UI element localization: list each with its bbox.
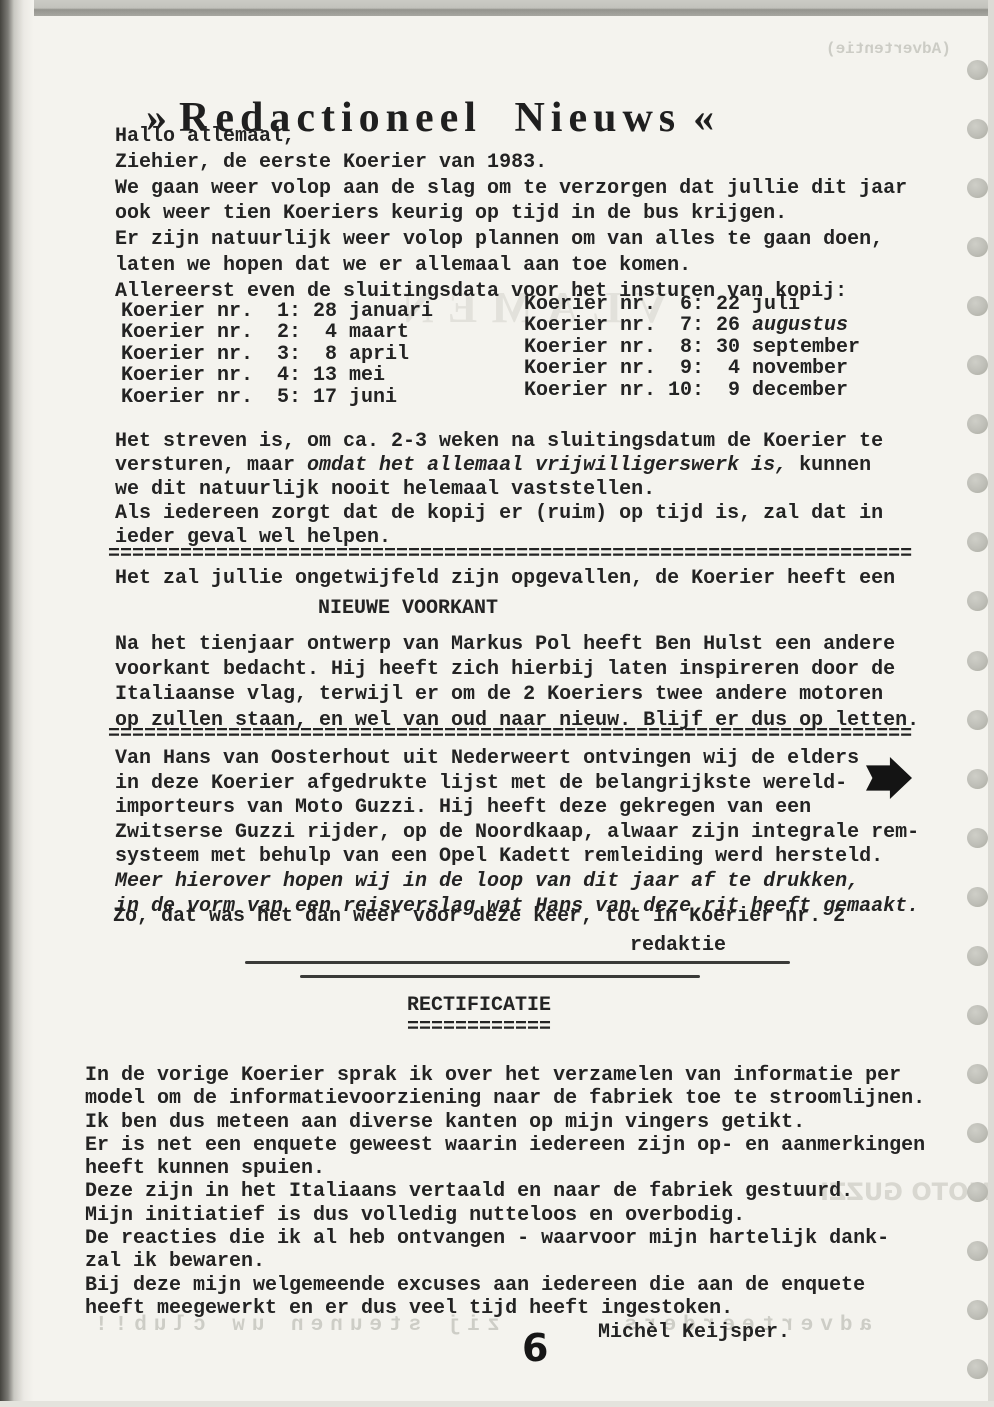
text-line: Mijn initiatief is dus volledig nutteloo… xyxy=(85,1204,925,1227)
text-line: zal ik bewaren. xyxy=(85,1250,925,1273)
punch-hole xyxy=(967,710,988,730)
text-line: Italiaanse vlag, terwijl er om de 2 Koer… xyxy=(115,682,919,707)
punch-hole xyxy=(967,237,988,257)
punch-hole xyxy=(967,178,988,198)
author-signature: Michèl Keijsper. xyxy=(598,1321,790,1344)
front-cover-paragraph: Na het tienjaar ontwerp van Markus Pol h… xyxy=(115,632,919,733)
punch-hole xyxy=(967,1241,988,1261)
text-line: ook weer tien Koeriers keurig op tijd in… xyxy=(115,201,907,227)
rectification-underline: ============ xyxy=(407,1016,551,1039)
horizontal-rule xyxy=(245,961,790,964)
deadline-note-paragraph: Het streven is, om ca. 2-3 weken na slui… xyxy=(115,430,883,550)
punch-hole xyxy=(967,1359,988,1379)
scanned-newsletter-page: (Advertentie) VLAMEN MOTO GUZZI advertee… xyxy=(0,0,994,1407)
text-line: Als iedereen zorgt dat de kopij er (ruim… xyxy=(115,502,883,526)
punch-hole xyxy=(967,1300,988,1320)
punch-hole xyxy=(967,887,988,907)
deadline-schedule-left-column: Koerier nr. 1: 28 januariKoerier nr. 2: … xyxy=(121,301,433,408)
scan-top-edge xyxy=(0,0,994,16)
punch-hole xyxy=(967,1005,988,1025)
text-line: Ik ben dus meteen aan diverse kanten op … xyxy=(85,1111,925,1134)
text-line: Bij deze mijn welgemeende excuses aan ie… xyxy=(85,1274,925,1297)
text-line: systeem met behulp van een Opel Kadett r… xyxy=(115,845,919,870)
closing-line: Zo, dat was het dan weer voor deze keer,… xyxy=(113,905,845,928)
punch-hole xyxy=(967,414,988,434)
text-line: Er zijn natuurlijk weer volop plannen om… xyxy=(115,227,907,253)
front-cover-intro-line: Het zal jullie ongetwijfeld zijn opgeval… xyxy=(115,567,895,590)
equals-divider: ========================================… xyxy=(108,723,912,746)
italic-text-segment: omdat het allemaal vrijwilligerswerk is, xyxy=(307,454,787,477)
punch-hole xyxy=(967,651,988,671)
italic-text-segment: augustus xyxy=(752,314,848,337)
text-line: versturen, maar omdat het allemaal vrijw… xyxy=(115,454,883,478)
importers-paragraph: Van Hans van Oosterhout uit Nederweert o… xyxy=(115,747,919,919)
text-line: Koerier nr. 8: 30 september xyxy=(524,337,860,358)
rectification-heading: RECTIFICATIE xyxy=(407,994,551,1017)
front-cover-heading: NIEUWE VOORKANT xyxy=(318,597,498,620)
redaktie-signoff: redaktie xyxy=(630,934,726,957)
deadline-schedule-right-column: Koerier nr. 6: 22 juliKoerier nr. 7: 26 … xyxy=(524,294,860,401)
punch-hole xyxy=(967,591,988,611)
scan-left-edge xyxy=(0,0,34,1407)
punch-hole xyxy=(967,1182,988,1202)
punch-hole xyxy=(967,473,988,493)
bleedthrough-advertentie: (Advertentie) xyxy=(826,40,951,58)
text-line: heeft meegewerkt en er dus veel tijd hee… xyxy=(85,1297,925,1320)
text-line: Koerier nr. 1: 28 januari xyxy=(121,301,433,322)
punch-hole xyxy=(967,769,988,789)
text-line: Koerier nr. 5: 17 juni xyxy=(121,387,433,408)
punch-hole xyxy=(967,296,988,316)
text-line: De reacties die ik al heb ontvangen - wa… xyxy=(85,1227,925,1250)
text-line: voorkant bedacht. Hij heeft zich hierbij… xyxy=(115,657,919,682)
text-line: Hallo allemaal, xyxy=(115,124,907,150)
text-line: Koerier nr. 10: 9 december xyxy=(524,380,860,401)
text-line: Koerier nr. 2: 4 maart xyxy=(121,322,433,343)
punch-hole xyxy=(967,946,988,966)
text-segment: Koerier nr. 7: 26 xyxy=(524,314,752,337)
punch-hole xyxy=(967,1064,988,1084)
text-segment: kunnen xyxy=(787,454,871,477)
punch-hole xyxy=(967,532,988,552)
text-line: heeft kunnen spuien. xyxy=(85,1157,925,1180)
text-line: Koerier nr. 9: 4 november xyxy=(524,358,860,379)
text-line: Koerier nr. 7: 26 augustus xyxy=(524,315,860,336)
text-line: in deze Koerier afgedrukte lijst met de … xyxy=(115,772,919,797)
text-line: In de vorige Koerier sprak ik over het v… xyxy=(85,1064,925,1087)
text-line: Meer hierover hopen wij in de loop van d… xyxy=(115,870,919,895)
text-line: Het streven is, om ca. 2-3 weken na slui… xyxy=(115,430,883,454)
text-segment: versturen, maar xyxy=(115,454,307,477)
scan-bottom-edge xyxy=(0,1401,994,1407)
text-line: Deze zijn in het Italiaans vertaald en n… xyxy=(85,1180,925,1203)
punch-hole xyxy=(967,1123,988,1143)
text-line: model om de informatievoorziening naar d… xyxy=(85,1087,925,1110)
text-line: Koerier nr. 6: 22 juli xyxy=(524,294,860,315)
text-line: Na het tienjaar ontwerp van Markus Pol h… xyxy=(115,632,919,657)
text-line: Ziehier, de eerste Koerier van 1983. xyxy=(115,150,907,176)
text-line: Er is net een enquete geweest waarin ied… xyxy=(85,1134,925,1157)
italic-text-segment: Meer hierover hopen wij in de loop van d… xyxy=(115,870,859,893)
text-line: we dit natuurlijk nooit helemaal vastste… xyxy=(115,478,883,502)
text-line: laten we hopen dat we er allemaal aan to… xyxy=(115,253,907,279)
intro-paragraph: Hallo allemaal,Ziehier, de eerste Koerie… xyxy=(115,124,907,305)
text-line: We gaan weer volop aan de slag om te ver… xyxy=(115,176,907,202)
rectification-paragraph: In de vorige Koerier sprak ik over het v… xyxy=(85,1064,925,1320)
scan-right-edge xyxy=(988,0,994,1407)
punch-hole xyxy=(967,355,988,375)
horizontal-rule xyxy=(300,975,700,978)
page-number: 6 xyxy=(522,1326,548,1370)
text-line: Van Hans van Oosterhout uit Nederweert o… xyxy=(115,747,919,772)
text-line: importeurs van Moto Guzzi. Hij heeft dez… xyxy=(115,796,919,821)
text-line: Koerier nr. 4: 13 mei xyxy=(121,365,433,386)
punch-hole xyxy=(967,828,988,848)
punch-hole xyxy=(967,119,988,139)
text-line: Koerier nr. 3: 8 april xyxy=(121,344,433,365)
punch-hole xyxy=(967,60,988,80)
text-line: Zwitserse Guzzi rijder, op de Noordkaap,… xyxy=(115,821,919,846)
equals-divider: ========================================… xyxy=(108,543,912,566)
